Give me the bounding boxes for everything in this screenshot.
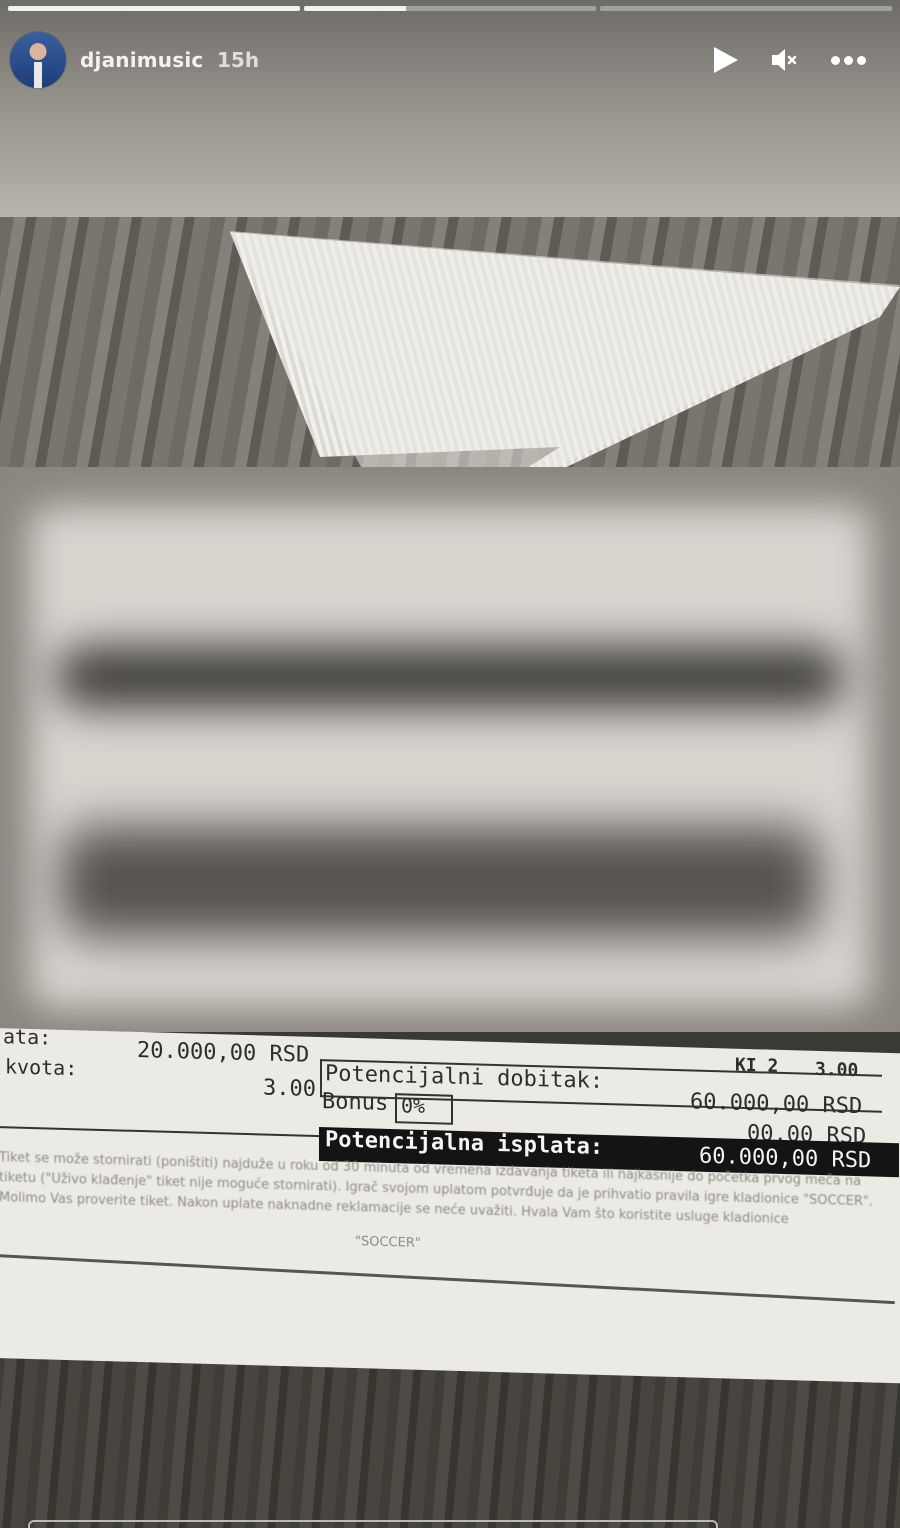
story-progress-bar [8,6,892,11]
username-link[interactable]: djanimusic [80,48,203,72]
odds-label: kvota: [5,1054,77,1080]
mute-icon[interactable] [766,44,802,76]
more-options-icon[interactable] [826,44,870,76]
reply-bar-edge[interactable] [28,1520,718,1528]
avatar[interactable] [10,32,66,88]
blurred-receipt-region [0,467,900,1032]
fine-print-brand: "SOCCER" [355,1234,421,1251]
divider [0,1126,325,1137]
stake-value: 20.000,00 RSD [137,1038,309,1068]
receipt-fold-line [0,1254,895,1304]
progress-segment-1 [8,6,300,11]
bonus-percent: 0% [401,1093,425,1118]
post-time: 15h [217,48,259,72]
betting-receipt: ata: kvota: 20.000,00 RSD 3.00 KI 2 3.00… [0,1028,900,1383]
stake-label: ata: [3,1024,51,1049]
play-icon[interactable] [708,44,744,76]
progress-segment-3 [600,6,892,11]
progress-segment-2 [304,6,596,11]
odds-value: 3.00 [263,1075,316,1101]
story-background-top [0,0,900,220]
potential-win-value: 60.000,00 RSD [690,1089,862,1119]
bonus-label: Bonus [322,1089,388,1116]
